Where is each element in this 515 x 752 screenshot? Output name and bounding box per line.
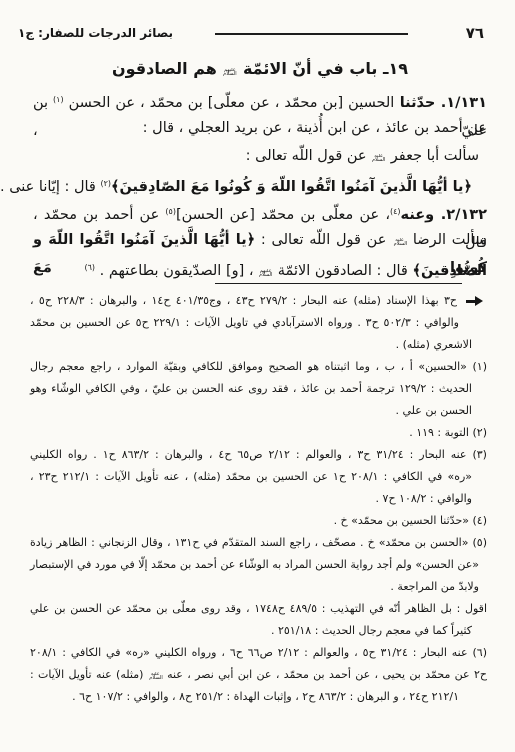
footnote-continuation-line-3: الاشعري (مثله) . — [30, 334, 487, 356]
text-segment: ٢١٢/١ ح٢٤ ، و البرهان : ٨٦٣/٢ ح٢ ، وإثبا… — [72, 690, 459, 703]
footnote-6-line-1: (٦) عنه البحار : ٣١/٢٤ ح٥ ، والعوالم : ٢… — [30, 642, 487, 664]
text-segment: ، عن معلّى بن محمّد [عن الحسن] — [176, 207, 390, 223]
text-segment: «ره» في الكافي : ٢٠٨/١ ح١ عن الحسين بن م… — [30, 470, 472, 483]
text-segment: هم الصادقون — [112, 59, 222, 78]
text-segment: الاشعري (مثله) . — [396, 338, 472, 351]
footnote-5-line-4: اقول : بل الظاهر أنّه في التهذيب : ٤٨٩/٥… — [30, 598, 487, 620]
text-segment: عن أحمد بن عائذ ، عن ابن أُذينة ، عن بري… — [143, 120, 487, 136]
book-page: بصائر الدرجات للصفار: ج١ ٧٦ ١٩ـ باب في أ… — [0, 0, 515, 752]
text-segment: سألت الرضا — [407, 232, 487, 248]
hadith-131-isnad-line: ١/١٣١. حدّثنا الحسين [بن محمّد ، عن معلّ… — [33, 86, 487, 114]
ahl-al-bayt-honorific-icon: عليه السلام — [392, 238, 407, 246]
ahl-al-bayt-honorific-icon: عليهم السلام — [258, 269, 273, 277]
text-segment: (٥) «الحسن بن محمّد» خ . مصحّف ، راجع ال… — [30, 536, 487, 549]
page-header: بصائر الدرجات للصفار: ج١ ٧٦ — [0, 0, 515, 48]
text-segment: (٢) التوبة : ١١٩ . — [409, 426, 487, 439]
text-segment: ﴿يا أيُّهَا الَّذينَ آمَنُوا اتَّقُوا ال… — [111, 179, 472, 195]
chapter-title: ١٩ـ باب في أنّ الائمّة عليهم السلام هم ا… — [33, 56, 487, 82]
footnote-5-line-1: (٥) «الحسن بن محمّد» خ . مصحّف ، راجع ال… — [30, 532, 487, 554]
text-segment: عن قول اللّه تعالى : — [255, 232, 392, 248]
text-segment: «عن الحسن» ولم أجد رواية الحسن المراد به… — [30, 558, 479, 571]
footnote-3-line-3: والوافي : ١٠٨/٢ ح٧ . — [30, 488, 487, 510]
text-segment: (٤) «حدّثنا الحسين بن محمّد» خ . — [334, 514, 487, 527]
hadith-132-matn-line-2: الصّادِقينَ﴾ قال : الصادقون الائمّة عليه… — [33, 254, 487, 282]
text-segment: (٣) عنه البحار : ٣١/٢٤ ح٣ ، والعوالم : ٢… — [30, 448, 487, 461]
text-segment: ١/١٣١. حدّثنا — [394, 95, 487, 111]
text-segment: ٢/١٣٢. وعنه — [401, 207, 487, 223]
footnote-reference: (٤) — [390, 207, 401, 216]
text-segment: (١) «الحسين» أ ، ب ، وما اثبتناه هو الصح… — [30, 360, 487, 373]
footnote-1-line-2: الحديث : ١٢٩/٢ ترجمة أحمد بن عائذ ، فقد … — [30, 378, 487, 400]
hadith-131-verse-line: ﴿يا أيُّهَا الَّذينَ آمَنُوا اتَّقُوا ال… — [33, 170, 487, 198]
footnote-5-line-2: «عن الحسن» ولم أجد رواية الحسن المراد به… — [30, 554, 487, 576]
text-segment: ح٢ عن محمّد بن يحيى ، عن أحمد بن محمّد ،… — [163, 668, 487, 681]
footnote-reference: (٦) — [85, 263, 96, 272]
main-text-block: ١٩ـ باب في أنّ الائمّة عليهم السلام هم ا… — [33, 56, 487, 282]
footnotes-block: ح٣ بهذا الإسناد (مثله) عنه البحار : ٢٧٩/… — [30, 290, 487, 708]
footnote-reference: (٢) — [100, 179, 111, 188]
hadith-131-matn-line: سألت أبا جعفر عليه السلام عن قول اللّه ت… — [33, 142, 487, 170]
text-segment: عن قول اللّه تعالى : — [246, 148, 372, 164]
header-divider — [215, 33, 408, 35]
footnote-5-line-3: ولابدّ من المراجعة . — [30, 576, 487, 598]
text-segment: والوافي : ٥٠٢/٣ ح٣ . ورواه الاسترآبادي ف… — [30, 316, 459, 329]
text-segment: قال : الصادقون الائمّة — [273, 263, 412, 279]
ahl-al-bayt-honorific-icon: عليهم السلام — [222, 68, 237, 76]
text-segment: ح٣ بهذا الإسناد (مثله) عنه البحار : ٢٧٩/… — [30, 294, 457, 307]
text-segment: الحسن بن علي . — [396, 404, 473, 417]
text-segment: قال : إيّانا عنى . — [0, 179, 100, 195]
footnote-6-line-2: ح٢ عن محمّد بن يحيى ، عن أحمد بن محمّد ،… — [30, 664, 487, 686]
footnote-2-line: (٢) التوبة : ١١٩ . — [30, 422, 487, 444]
footnote-continuation-line-2: والوافي : ٥٠٢/٣ ح٣ . ورواه الاسترآبادي ف… — [30, 312, 487, 334]
footnote-5-line-5: كثيراً كما في معجم رجال الحديث : ٢٥١/١٨ … — [30, 620, 487, 642]
text-segment: اقول : بل الظاهر أنّه في التهذيب : ٤٨٩/٥… — [30, 602, 487, 615]
footnote-1-line-1: (١) «الحسين» أ ، ب ، وما اثبتناه هو الصح… — [30, 356, 487, 378]
hadith-132-isnad-line: ٢/١٣٢. وعنه(٤)، عن معلّى بن محمّد [عن ال… — [33, 198, 487, 226]
text-segment: ولابدّ من المراجعة . — [390, 580, 479, 593]
book-title: بصائر الدرجات للصفار: ج١ — [18, 26, 173, 40]
footnote-separator — [215, 283, 462, 284]
ahl-al-bayt-honorific-icon: عليه السلام — [371, 154, 386, 162]
hadith-132-matn-line: سألت الرضا عليه السلام عن قول اللّه تعال… — [33, 226, 487, 254]
text-segment: الحسين [بن محمّد ، عن معلّى] بن محمّد ، … — [64, 95, 395, 111]
text-segment: سألت أبا جعفر — [386, 148, 479, 164]
footnote-reference: (١) — [53, 95, 64, 104]
text-segment: الحديث : ١٢٩/٢ ترجمة أحمد بن عائذ ، فقد … — [30, 382, 472, 395]
footnote-3-line-2: «ره» في الكافي : ٢٠٨/١ ح١ عن الحسين بن م… — [30, 466, 487, 488]
continuation-arrow-icon — [466, 296, 484, 306]
text-segment: والوافي : ١٠٨/٢ ح٧ . — [376, 492, 472, 505]
footnote-1-line-3: الحسن بن علي . — [30, 400, 487, 422]
page-number: ٧٦ — [466, 24, 484, 42]
footnote-reference: (٥) — [165, 207, 176, 216]
ahl-al-bayt-honorific-icon: عليه السلام — [148, 672, 163, 680]
text-segment: الصّادِقينَ﴾ — [412, 263, 487, 279]
footnote-4-line: (٤) «حدّثنا الحسين بن محمّد» خ . — [30, 510, 487, 532]
footnote-3-line-1: (٣) عنه البحار : ٣١/٢٤ ح٣ ، والعوالم : ٢… — [30, 444, 487, 466]
text-segment: ١٩ـ باب في أنّ الائمّة — [237, 59, 408, 78]
footnote-continuation-line: ح٣ بهذا الإسناد (مثله) عنه البحار : ٢٧٩/… — [30, 290, 487, 312]
text-segment: (٦) عنه البحار : ٣١/٢٤ ح٥ ، والعوالم : ٢… — [30, 646, 487, 659]
footnote-6-line-3: ٢١٢/١ ح٢٤ ، و البرهان : ٨٦٣/٢ ح٢ ، وإثبا… — [30, 686, 487, 708]
text-segment: كثيراً كما في معجم رجال الحديث : ٢٥١/١٨ … — [271, 624, 472, 637]
text-segment: ، [و] الصدّيقون بطاعتهم . — [95, 263, 258, 279]
text-segment: (مثله) عنه تأويل الآيات : — [30, 668, 148, 681]
